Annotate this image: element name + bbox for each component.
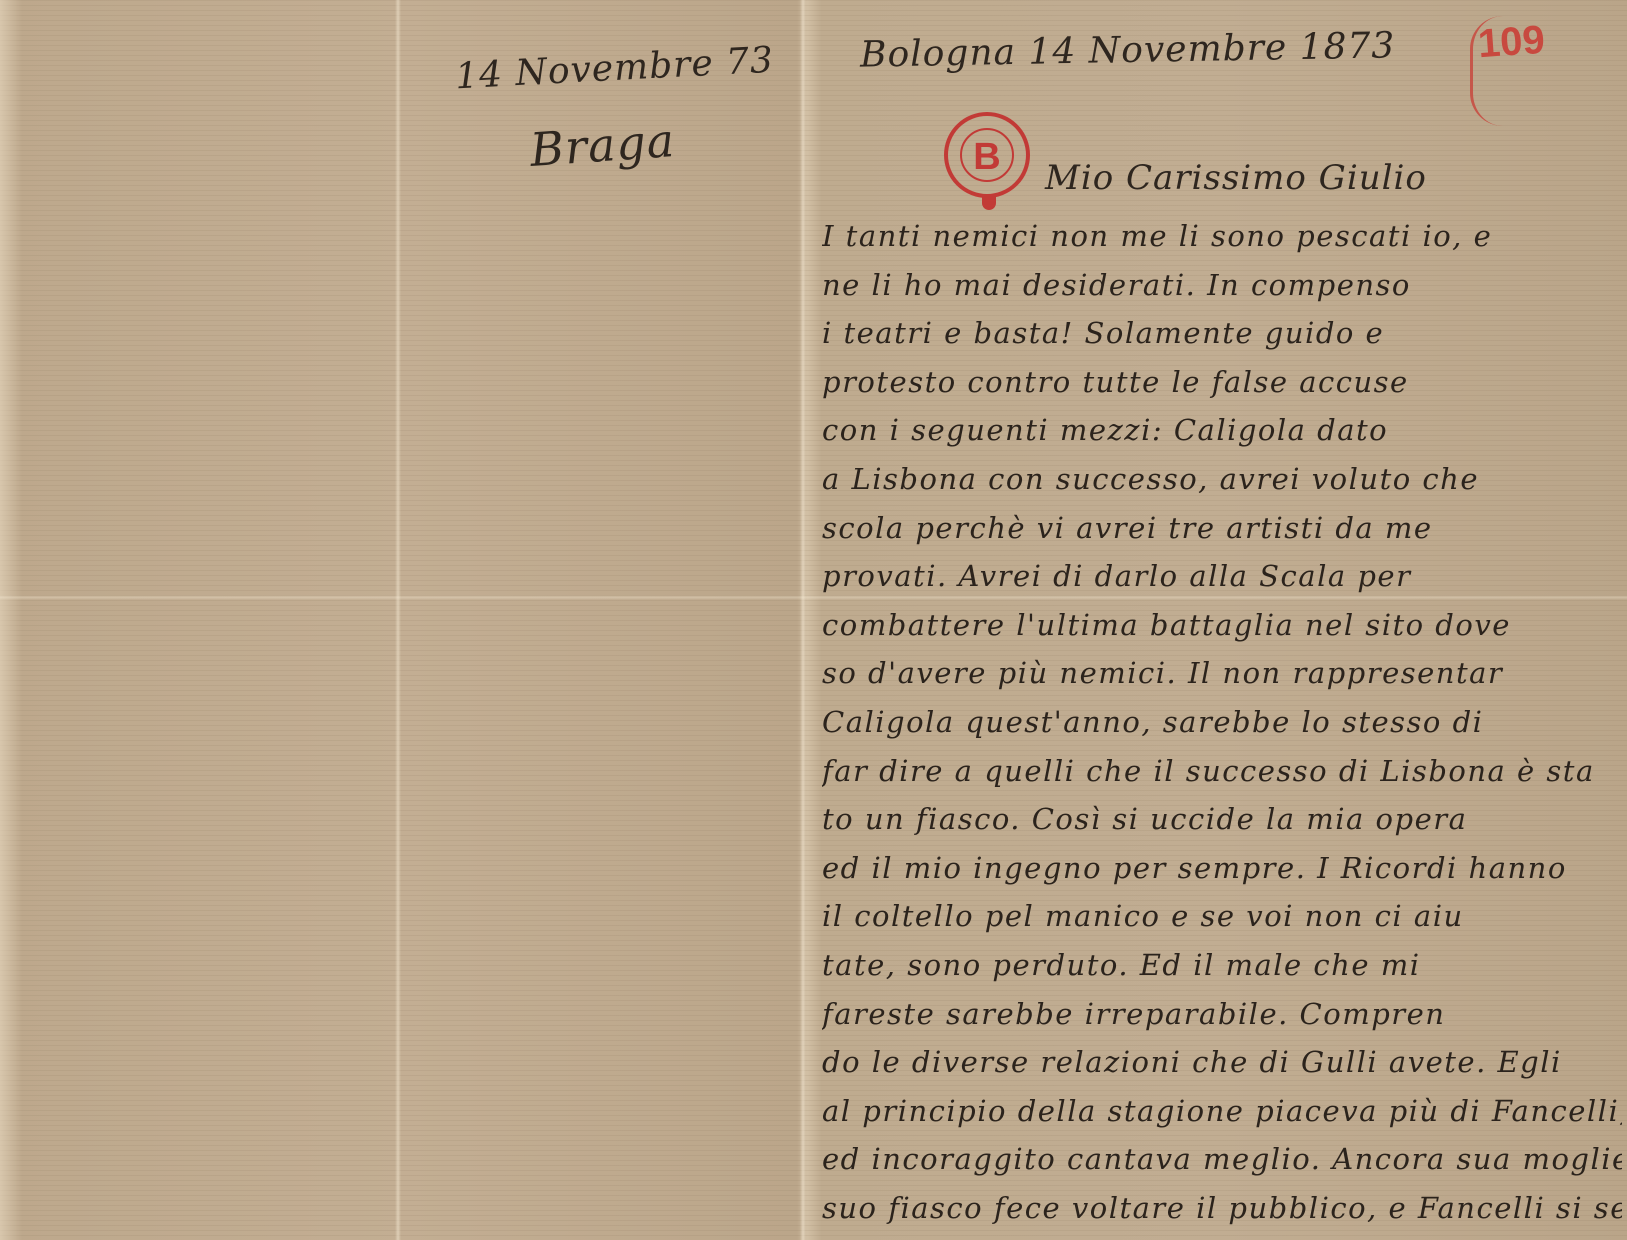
- letter-line: il coltello pel manico e se voi non ci a…: [822, 892, 1622, 941]
- letter-line: provati. Avrei di darlo alla Scala per: [822, 552, 1622, 601]
- stamp-inner-ring: B: [960, 128, 1014, 182]
- archive-number: 109: [1477, 18, 1547, 68]
- letter-line: so d'avere più nemici. Il non rappresent…: [822, 649, 1622, 698]
- letter-line: I tanti nemici non me li sono pescati io…: [822, 212, 1622, 261]
- salutation: Mio Carissimo Giulio: [1045, 158, 1427, 198]
- letter-line: con i seguenti mezzi: Caligola dato: [822, 406, 1622, 455]
- letter-dateline: Bologna 14 Novembre 1873: [860, 25, 1396, 75]
- letter-line: tate, sono perduto. Ed il male che mi: [822, 941, 1622, 990]
- letter-line: ed incoraggito cantava meglio. Ancora su…: [822, 1135, 1622, 1184]
- fold-line-vertical-left: [395, 0, 401, 1240]
- letter-line: i teatri e basta! Solamente guido e: [822, 309, 1622, 358]
- red-b-stamp-icon: B: [944, 112, 1030, 198]
- paper-edge: [0, 0, 22, 1240]
- letter-body: I tanti nemici non me li sono pescati io…: [822, 212, 1622, 1232]
- docket-name: Braga: [528, 113, 677, 177]
- stamp-letter: B: [962, 136, 1012, 178]
- letter-line: combattere l'ultima battaglia nel sito d…: [822, 601, 1622, 650]
- letter-line: ed il mio ingegno per sempre. I Ricordi …: [822, 844, 1622, 893]
- letter-line: Caligola quest'anno, sarebbe lo stesso d…: [822, 698, 1622, 747]
- letter-sheet: 14 Novembre 73 Braga Bologna 14 Novembre…: [0, 0, 1627, 1240]
- letter-line: al principio della stagione piaceva più …: [822, 1087, 1622, 1136]
- letter-line: to un fiasco. Così si uccide la mia oper…: [822, 795, 1622, 844]
- stamp-tab: [982, 194, 996, 210]
- letter-line: a Lisbona con successo, avrei voluto che: [822, 455, 1622, 504]
- docket-date: 14 Novembre 73: [454, 40, 775, 98]
- letter-line: do le diverse relazioni che di Gulli ave…: [822, 1038, 1622, 1087]
- letter-line: fareste sarebbe irreparabile. Compren: [822, 990, 1622, 1039]
- letter-line: suo fiasco fece voltare il pubblico, e F…: [822, 1184, 1622, 1233]
- fold-line-center: [800, 0, 806, 1240]
- letter-line: protesto contro tutte le false accuse: [822, 358, 1622, 407]
- letter-line: ne li ho mai desiderati. In compenso: [822, 261, 1622, 310]
- letter-line: far dire a quelli che il successo di Lis…: [822, 747, 1622, 796]
- letter-line: scola perchè vi avrei tre artisti da me: [822, 504, 1622, 553]
